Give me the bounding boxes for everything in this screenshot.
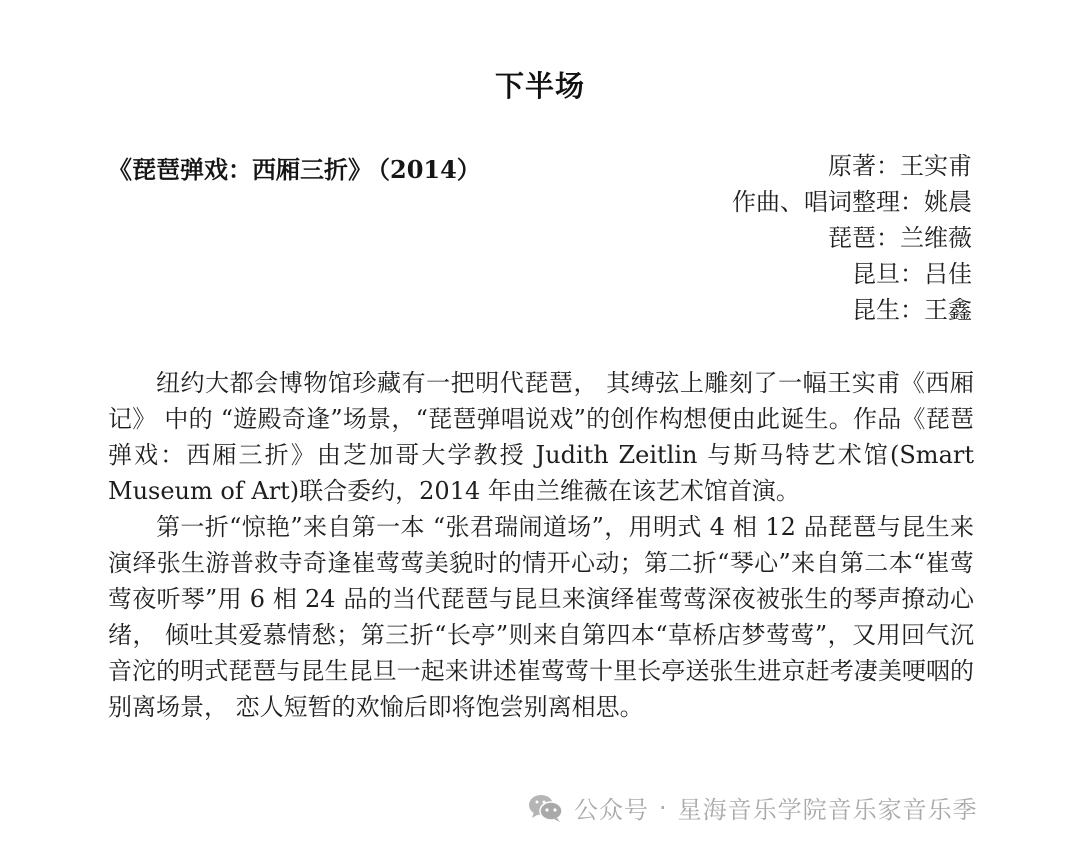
watermark-account: 星海音乐学院音乐家音乐季 [678,790,978,825]
watermark-separator: · [659,794,668,822]
credit-pipa: 琵琶：兰维薇 [732,220,972,256]
paragraph: 纽约大都会博物馆珍藏有一把明代琵琶， 其缚弦上雕刻了一幅王实甫《西厢记》 中的 … [108,365,974,509]
work-title-text: 《琵琶弹戏：西厢三折》 [108,155,372,184]
paragraph: 第一折“惊艳”来自第一本 “张君瑞闹道场”，用明式 4 相 12 品琵琶与昆生来… [108,509,974,725]
work-title: 《琵琶弹戏：西厢三折》（2014） [108,150,481,185]
credits-list: 原著：王实甫 作曲、唱词整理：姚晨 琵琶：兰维薇 昆旦：吕佳 昆生：王鑫 [732,148,972,328]
watermark: 公众号 · 星海音乐学院音乐家音乐季 [528,790,978,825]
credit-kun-dan: 昆旦：吕佳 [732,256,972,292]
watermark-label: 公众号 [574,790,649,825]
credit-kun-sheng: 昆生：王鑫 [732,292,972,328]
credit-composer: 作曲、唱词整理：姚晨 [732,184,972,220]
page-title: 下半场 [0,64,1080,105]
work-year: （2014） [378,155,481,184]
wechat-icon [528,793,564,823]
credit-original-author: 原著：王实甫 [732,148,972,184]
program-notes: 纽约大都会博物馆珍藏有一把明代琵琶， 其缚弦上雕刻了一幅王实甫《西厢记》 中的 … [108,365,974,725]
